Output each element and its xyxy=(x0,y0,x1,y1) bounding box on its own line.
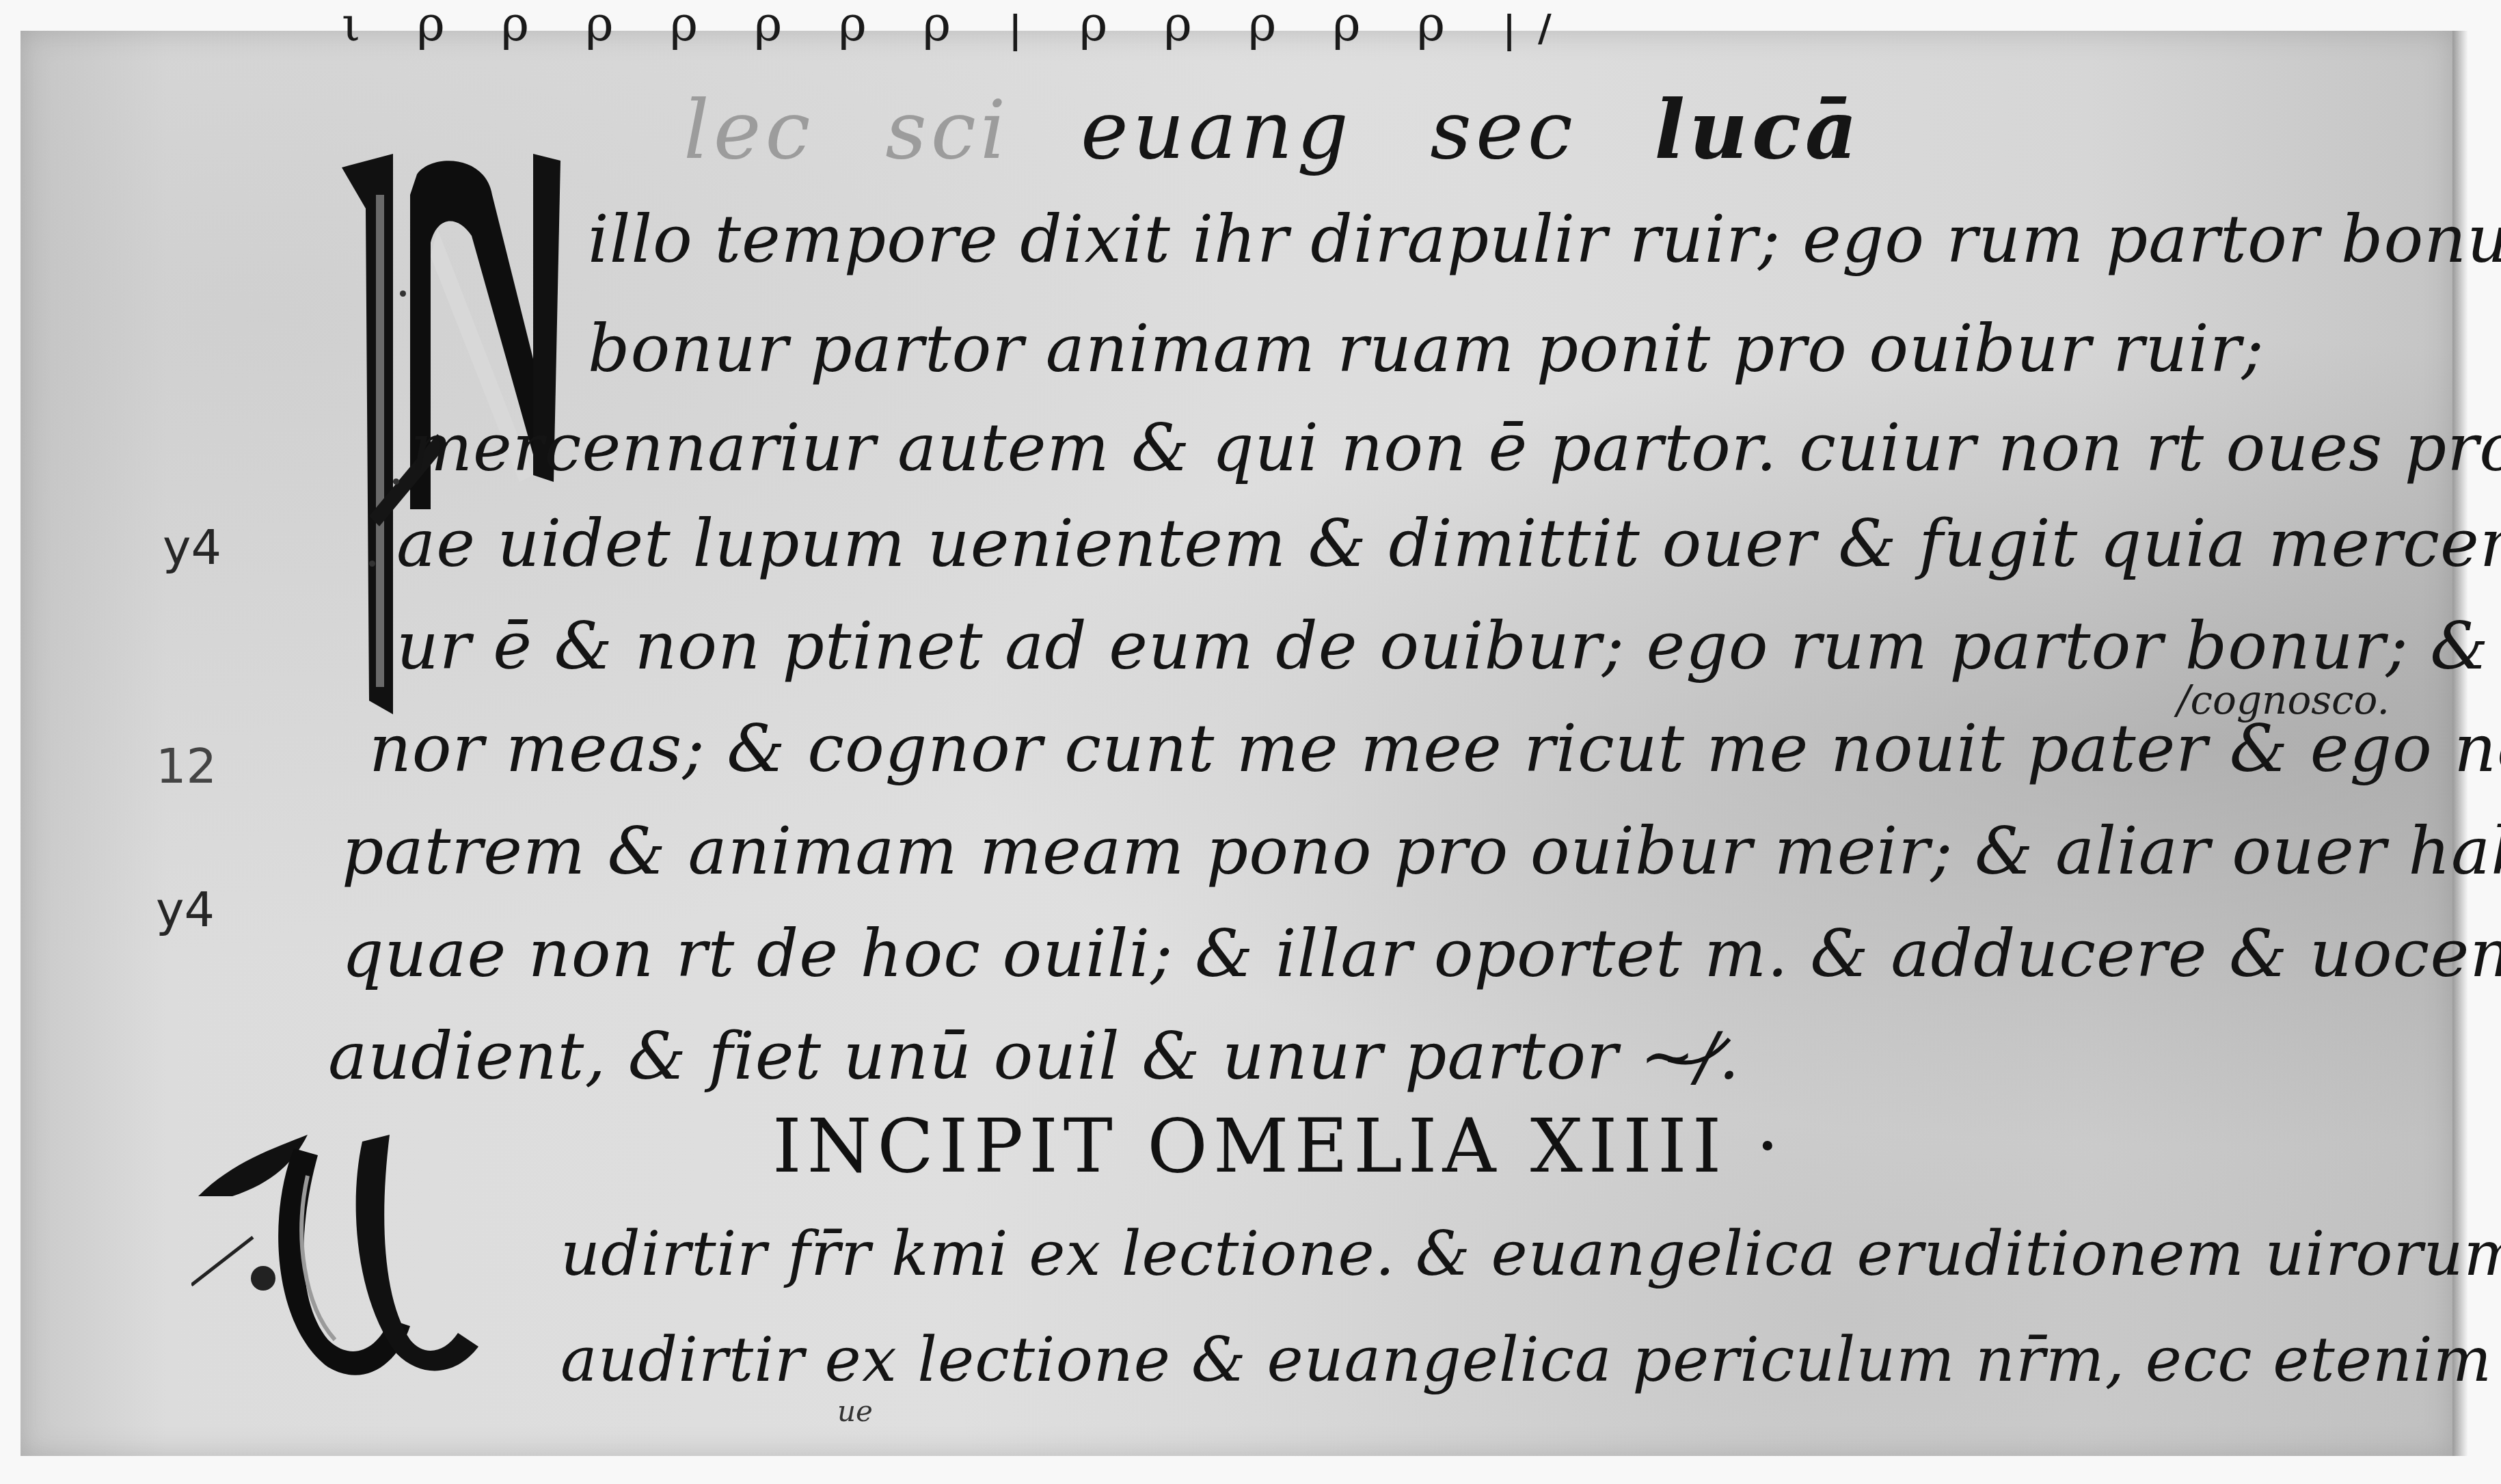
pricking-dot xyxy=(369,561,375,567)
text-line-7: patrem & animam meam pono pro ouibur mei… xyxy=(342,813,2501,889)
pricking-dot xyxy=(393,478,399,485)
rubric-luca: lucā xyxy=(1654,82,1861,177)
cut-off-top-line: ι ρ ρ ρ ρ ρ ρ ρ | ρ ρ ρ ρ ρ |/ xyxy=(342,14,1880,75)
homily-incipit-heading: INCIPIT OMELIA XIIII · xyxy=(772,1104,1785,1189)
homily-line-1: udirtir fr̄r kmi ex lectione. & euangeli… xyxy=(560,1217,2501,1292)
lection-rubric: lec sci euang sec lucā xyxy=(684,82,1861,177)
line-end-flourish-icon xyxy=(1668,1032,1743,1073)
interlinear-gloss-ue: ue xyxy=(837,1394,873,1428)
rubric-faded-sci: sci xyxy=(885,83,1010,177)
marginal-gloss-cognosco: /cognosco. xyxy=(2177,677,2390,723)
margin-numeral-1: y4 xyxy=(163,520,221,576)
pricking-dot xyxy=(400,291,406,297)
rubric-faded-lec: lec xyxy=(684,83,815,177)
text-line-5: ur ē & non ptinet ad eum de ouibur; ego … xyxy=(396,608,2501,684)
text-line-4: ae uidet lupum uenientem & dimittit ouer… xyxy=(396,506,2501,581)
rubric-euang: euang xyxy=(1081,83,1353,177)
text-line-1: illo tempore dixit ihr dirapulir ruir; e… xyxy=(588,202,2501,277)
photo-frame: ι ρ ρ ρ ρ ρ ρ ρ | ρ ρ ρ ρ ρ |/ lec sci e… xyxy=(0,0,2501,1484)
text-line-2: bonur partor animam ruam ponit pro ouibu… xyxy=(588,311,2265,386)
homily-line-2: audirtir ex lectione & euangelica pericu… xyxy=(560,1323,2492,1398)
text-line-3: mercennariur autem & qui non ē partor. c… xyxy=(410,410,2501,485)
margin-numeral-2: 12 xyxy=(156,738,217,794)
rubric-sec: sec xyxy=(1430,83,1576,177)
margin-numeral-3: y4 xyxy=(156,882,215,938)
text-line-9: audient, & fiet unū ouil & unur partor ~… xyxy=(328,1018,1740,1094)
text-line-8: quae non rt de hoc ouili; & illar oporte… xyxy=(342,916,2501,991)
decorated-initial-u-icon xyxy=(191,1121,574,1394)
